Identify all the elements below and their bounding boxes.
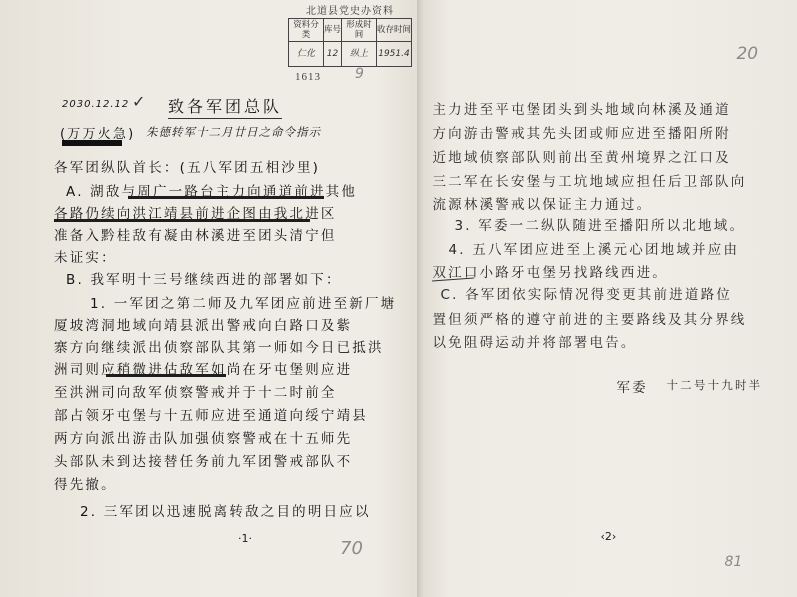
document-spread: 北道县党史办资料 资料分类 库号 形成时间 收存时间 仁化 12 纵上 1951… xyxy=(0,0,797,597)
pencil-mark-top-right: 20 xyxy=(736,44,758,64)
handwritten-annotation: 朱德转军十二月廿日之命令指示 xyxy=(146,124,321,140)
stamp-value-received: 1951.4 xyxy=(376,42,411,67)
body-line: 主力进至平屯堡团头到头地域向林溪及通道 xyxy=(432,98,730,118)
page-number: ‹2› xyxy=(600,530,616,543)
body-line: 部占领牙屯堡与十五师应进至通道向绥宁靖县 xyxy=(54,404,368,424)
stamp-value-formed: 纵上 xyxy=(341,42,376,67)
stamp-value-number: 12 xyxy=(323,42,341,67)
body-line: C. 各军团依实际情况得变更其前进道路位 xyxy=(440,283,732,303)
page-fold xyxy=(418,0,424,597)
signature-time: 十二号十九时半 xyxy=(666,377,762,393)
body-line: 置但须严格的遵守前进的主要路线及其分界线 xyxy=(432,308,746,328)
body-line: 未证实： xyxy=(54,246,117,266)
body-line: B. 我军明十三号继续西进的部署如下： xyxy=(66,268,342,288)
stamp-header-number: 库号 xyxy=(323,19,341,42)
pencil-mark-bottom: 70 xyxy=(340,538,363,559)
archive-stamp: 北道县党史办资料 资料分类 库号 形成时间 收存时间 仁化 12 纵上 1951… xyxy=(288,2,412,67)
body-line: 1. 一军团之第二师及九军团应前进至新厂塘 xyxy=(90,292,396,312)
body-line: 近地域侦察部队则前出至黄州境界之江口及 xyxy=(432,146,730,166)
body-line: 4. 五八军团应进至上溪元心团地域并应由 xyxy=(448,238,739,258)
check-mark-icon: ✓ xyxy=(132,92,145,111)
document-date: 2030.12.12 xyxy=(62,99,129,110)
pencil-mark-top: 9 xyxy=(355,66,364,82)
document-title: 致各军团总队 xyxy=(168,94,282,119)
body-line: 流源林溪警戒以保证主力通过。 xyxy=(432,193,652,213)
page-number: ·1· xyxy=(238,532,252,545)
body-line: 头部队未到达接替任务前九军团警戒部队不 xyxy=(54,450,352,470)
stamp-value-category: 仁化 xyxy=(289,42,324,67)
body-line: 两方向派出游击队加强侦察警戒在十五师先 xyxy=(54,427,352,447)
emphasis-underline xyxy=(54,219,310,222)
body-line: 寨方向继续派出侦察部队其第一师如今日已抵洪 xyxy=(54,336,384,356)
stamp-header-formed: 形成时间 xyxy=(341,19,376,42)
stamp-header-received: 收存时间 xyxy=(376,19,411,42)
serial-number: 1613 xyxy=(295,71,321,83)
left-page: 北道县党史办资料 资料分类 库号 形成时间 收存时间 仁化 12 纵上 1951… xyxy=(0,0,418,597)
body-line: 三二军在长安堡与工坑地域应担任后卫部队向 xyxy=(432,170,746,190)
body-line: 厦坡湾洞地域向靖县派出警戒向白路口及紫 xyxy=(54,314,352,334)
emphasis-underline xyxy=(106,374,226,377)
archive-stamp-table: 资料分类 库号 形成时间 收存时间 仁化 12 纵上 1951.4 xyxy=(288,18,412,67)
body-line: 2. 三军团以迅速脱离转敌之目的明日应以 xyxy=(80,500,371,520)
salutation: 各军团纵队首长：(五八军团五相沙里) xyxy=(54,156,320,176)
stamp-header-category: 资料分类 xyxy=(289,19,324,42)
body-line: 得先撤。 xyxy=(54,473,117,493)
body-line: 准备入黔桂敌有凝由林溪进至团头清宁但 xyxy=(54,224,337,244)
pencil-mark-bottom-right: 81 xyxy=(724,554,742,570)
redaction-bar xyxy=(62,140,122,146)
body-line: 至洪洲司向敌军侦察警戒并于十二时前全 xyxy=(54,381,337,401)
emphasis-underline xyxy=(128,196,324,199)
signature: 军委 xyxy=(616,376,647,396)
right-page: 20 主力进至平屯堡团头到头地域向林溪及通道 方向游击警戒其先头团或师应进至播阳… xyxy=(418,0,797,597)
body-line: 以免阻碍运动并将部署电告。 xyxy=(432,331,636,351)
body-line: 方向游击警戒其先头团或师应进至播阳所附 xyxy=(432,122,730,142)
archive-stamp-title: 北道县党史办资料 xyxy=(288,2,412,17)
body-line: 3. 军委一二纵队随进至播阳所以北地域。 xyxy=(454,214,745,234)
